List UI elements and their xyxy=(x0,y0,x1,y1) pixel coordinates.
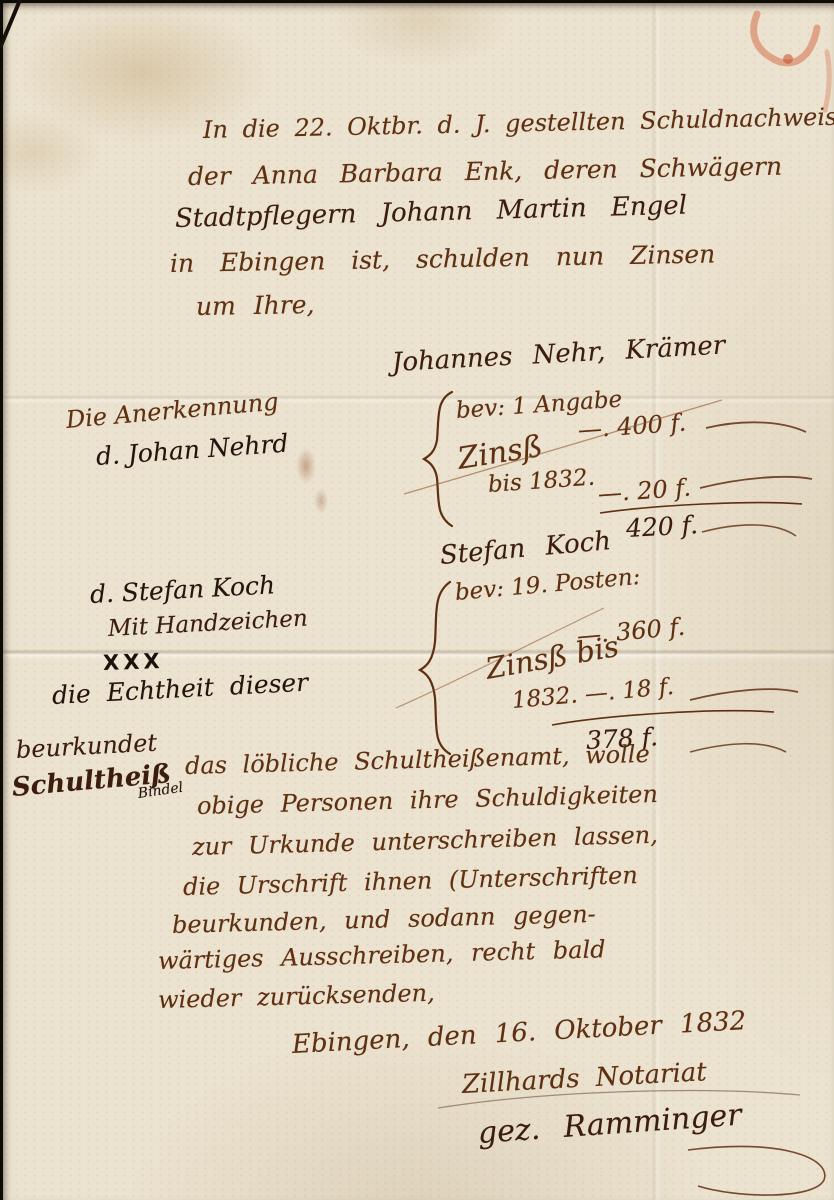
handmark-xxx: XXX xyxy=(103,649,164,675)
document-scan: In die 22. Oktbr. d. J. gestellten Schul… xyxy=(0,0,834,1200)
ledger-total: 420 f. xyxy=(625,510,698,543)
handwritten-line: um Ihre, xyxy=(196,290,315,321)
